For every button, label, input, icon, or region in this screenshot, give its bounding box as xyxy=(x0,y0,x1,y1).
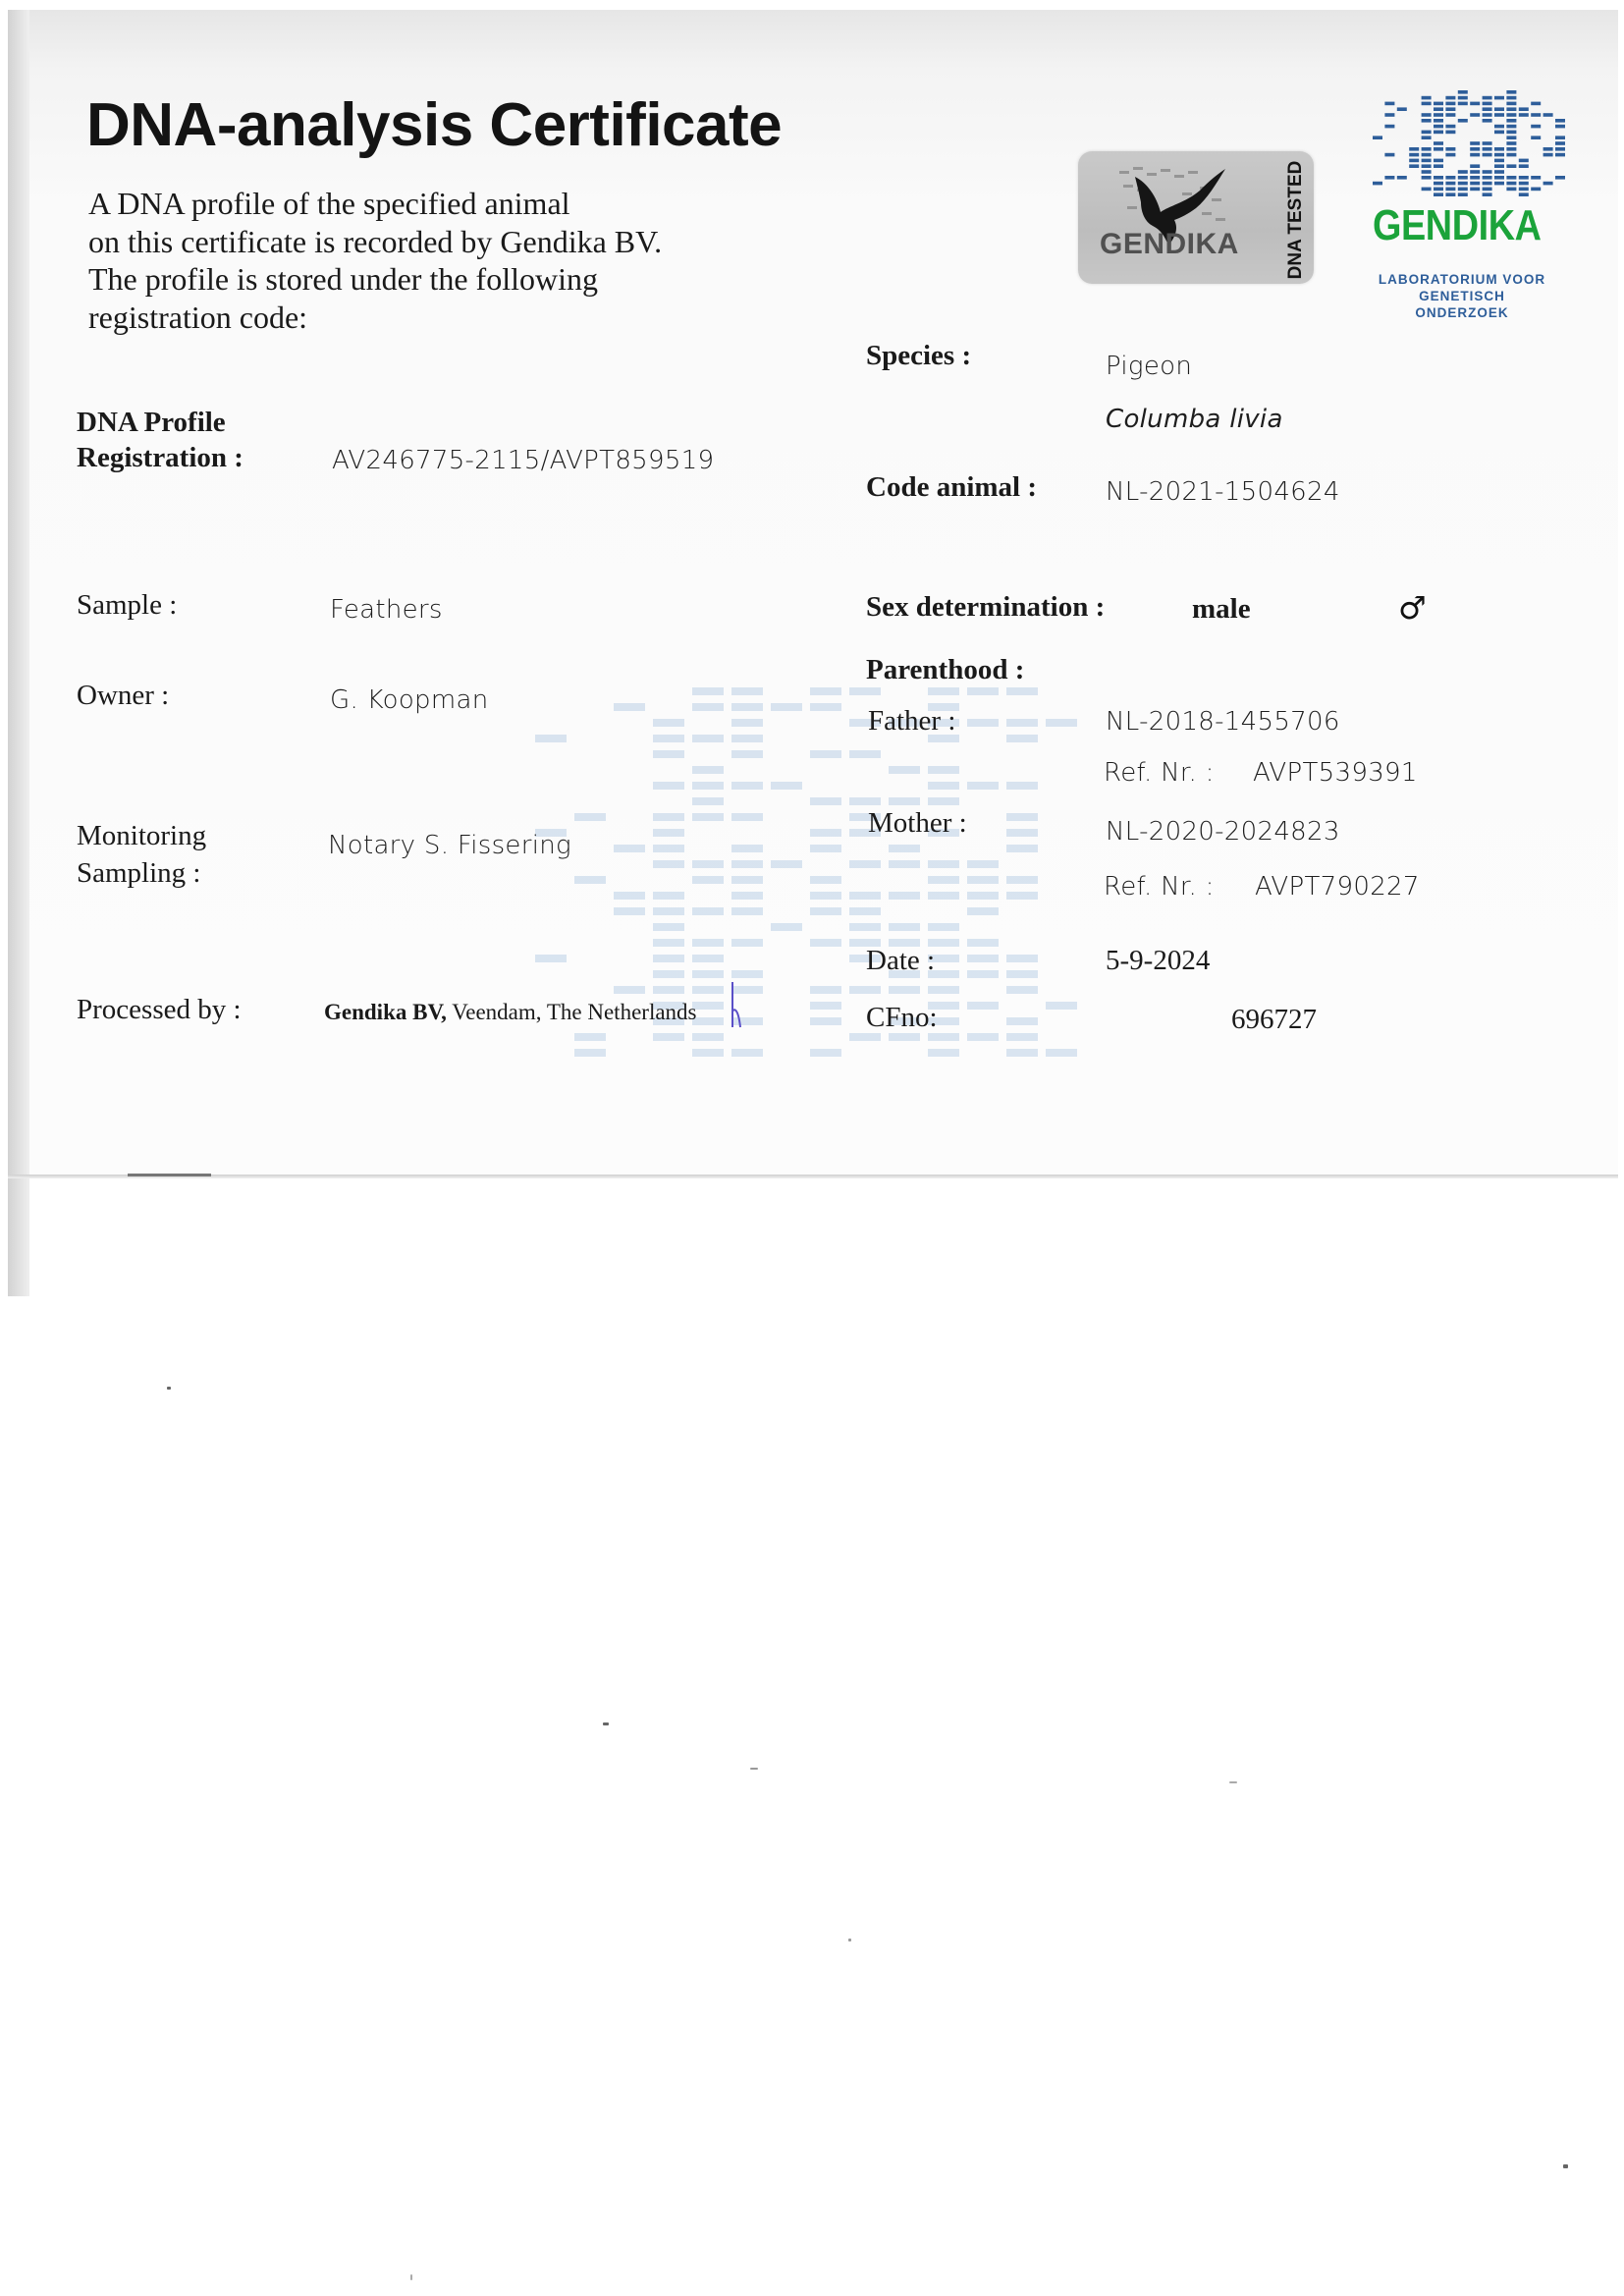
scan-speck xyxy=(1229,1781,1237,1783)
label-line: DNA Profile xyxy=(77,405,244,440)
label-line: Registration : xyxy=(77,440,244,475)
scan-edge xyxy=(8,10,29,1296)
cfno-label: CFno: xyxy=(866,1002,938,1034)
dna-tested-badge: GENDIKA DNA TESTED xyxy=(1078,151,1314,284)
intro-line: The profile is stored under the followin… xyxy=(88,260,776,299)
label-line: Monitoring xyxy=(77,817,206,854)
date-label: Date : xyxy=(866,945,935,977)
scan-speck xyxy=(848,1939,851,1941)
species-common-value: Pigeon xyxy=(1106,352,1192,381)
mother-ref-value: AVPT790227 xyxy=(1255,872,1420,902)
page-title: DNA-analysis Certificate xyxy=(86,90,782,160)
species-latin-value: Columba livia xyxy=(1106,405,1283,434)
intro-text: A DNA profile of the specified animal on… xyxy=(88,185,776,336)
mother-value: NL-2020-2024823 xyxy=(1106,817,1340,847)
signature-mark-icon xyxy=(729,982,742,1029)
label-line: Sampling : xyxy=(77,854,206,892)
sex-value: male xyxy=(1192,593,1251,626)
badge-tag: DNA TESTED xyxy=(1285,161,1307,280)
intro-line: on this certificate is recorded by Gendi… xyxy=(88,223,776,261)
scan-speck xyxy=(167,1387,171,1390)
processor-name: Gendika BV, xyxy=(324,1000,447,1024)
sex-label: Sex determination : xyxy=(866,591,1105,624)
processor-location: Veendam, The Netherlands xyxy=(447,1000,697,1024)
monitoring-value: Notary S. Fissering xyxy=(328,831,571,860)
owner-value: G. Koopman xyxy=(330,685,489,715)
logo-name: GENDIKA xyxy=(1373,201,1528,250)
parenthood-label: Parenthood : xyxy=(866,654,1024,686)
father-ref-value: AVPT539391 xyxy=(1253,758,1418,788)
registration-value: AV246775-2115/AVPT859519 xyxy=(332,446,714,475)
scan-speck xyxy=(1563,2164,1568,2168)
sample-value: Feathers xyxy=(330,595,443,625)
father-ref-label: Ref. Nr. : xyxy=(1104,758,1215,788)
father-label: Father : xyxy=(868,705,955,738)
species-label: Species : xyxy=(866,340,971,372)
code-animal-value: NL-2021-1504624 xyxy=(1106,477,1340,507)
page-fold-line xyxy=(8,1175,1618,1178)
mother-label: Mother : xyxy=(868,807,967,840)
gendika-logo-icon xyxy=(1373,90,1569,198)
date-value: 5-9-2024 xyxy=(1106,945,1210,977)
logo-subtitle: LABORATORIUM VOOR GENETISCH ONDERZOEK xyxy=(1371,271,1553,321)
processed-by-value: Gendika BV, Veendam, The Netherlands xyxy=(324,1000,697,1025)
scan-speck xyxy=(603,1722,609,1725)
scan-dash xyxy=(128,1174,211,1176)
logo-sub-line: GENETISCH ONDERZOEK xyxy=(1371,288,1553,321)
processed-by-label: Processed by : xyxy=(77,994,242,1026)
father-value: NL-2018-1455706 xyxy=(1106,707,1340,737)
badge-brand-name: GENDIKA xyxy=(1100,228,1239,261)
registration-label: DNA Profile Registration : xyxy=(77,405,244,475)
scan-speck xyxy=(410,2274,412,2280)
mother-ref-label: Ref. Nr. : xyxy=(1104,872,1215,902)
cfno-value: 696727 xyxy=(1231,1004,1317,1036)
sample-label: Sample : xyxy=(77,589,177,622)
code-animal-label: Code animal : xyxy=(866,471,1037,504)
logo-sub-line: LABORATORIUM VOOR xyxy=(1371,271,1553,288)
male-symbol-icon: ♂ xyxy=(1398,589,1427,627)
intro-line: A DNA profile of the specified animal xyxy=(88,185,776,223)
monitoring-label: Monitoring Sampling : xyxy=(77,817,206,892)
scan-speck xyxy=(750,1768,758,1770)
intro-line: registration code: xyxy=(88,299,776,337)
owner-label: Owner : xyxy=(77,680,169,712)
